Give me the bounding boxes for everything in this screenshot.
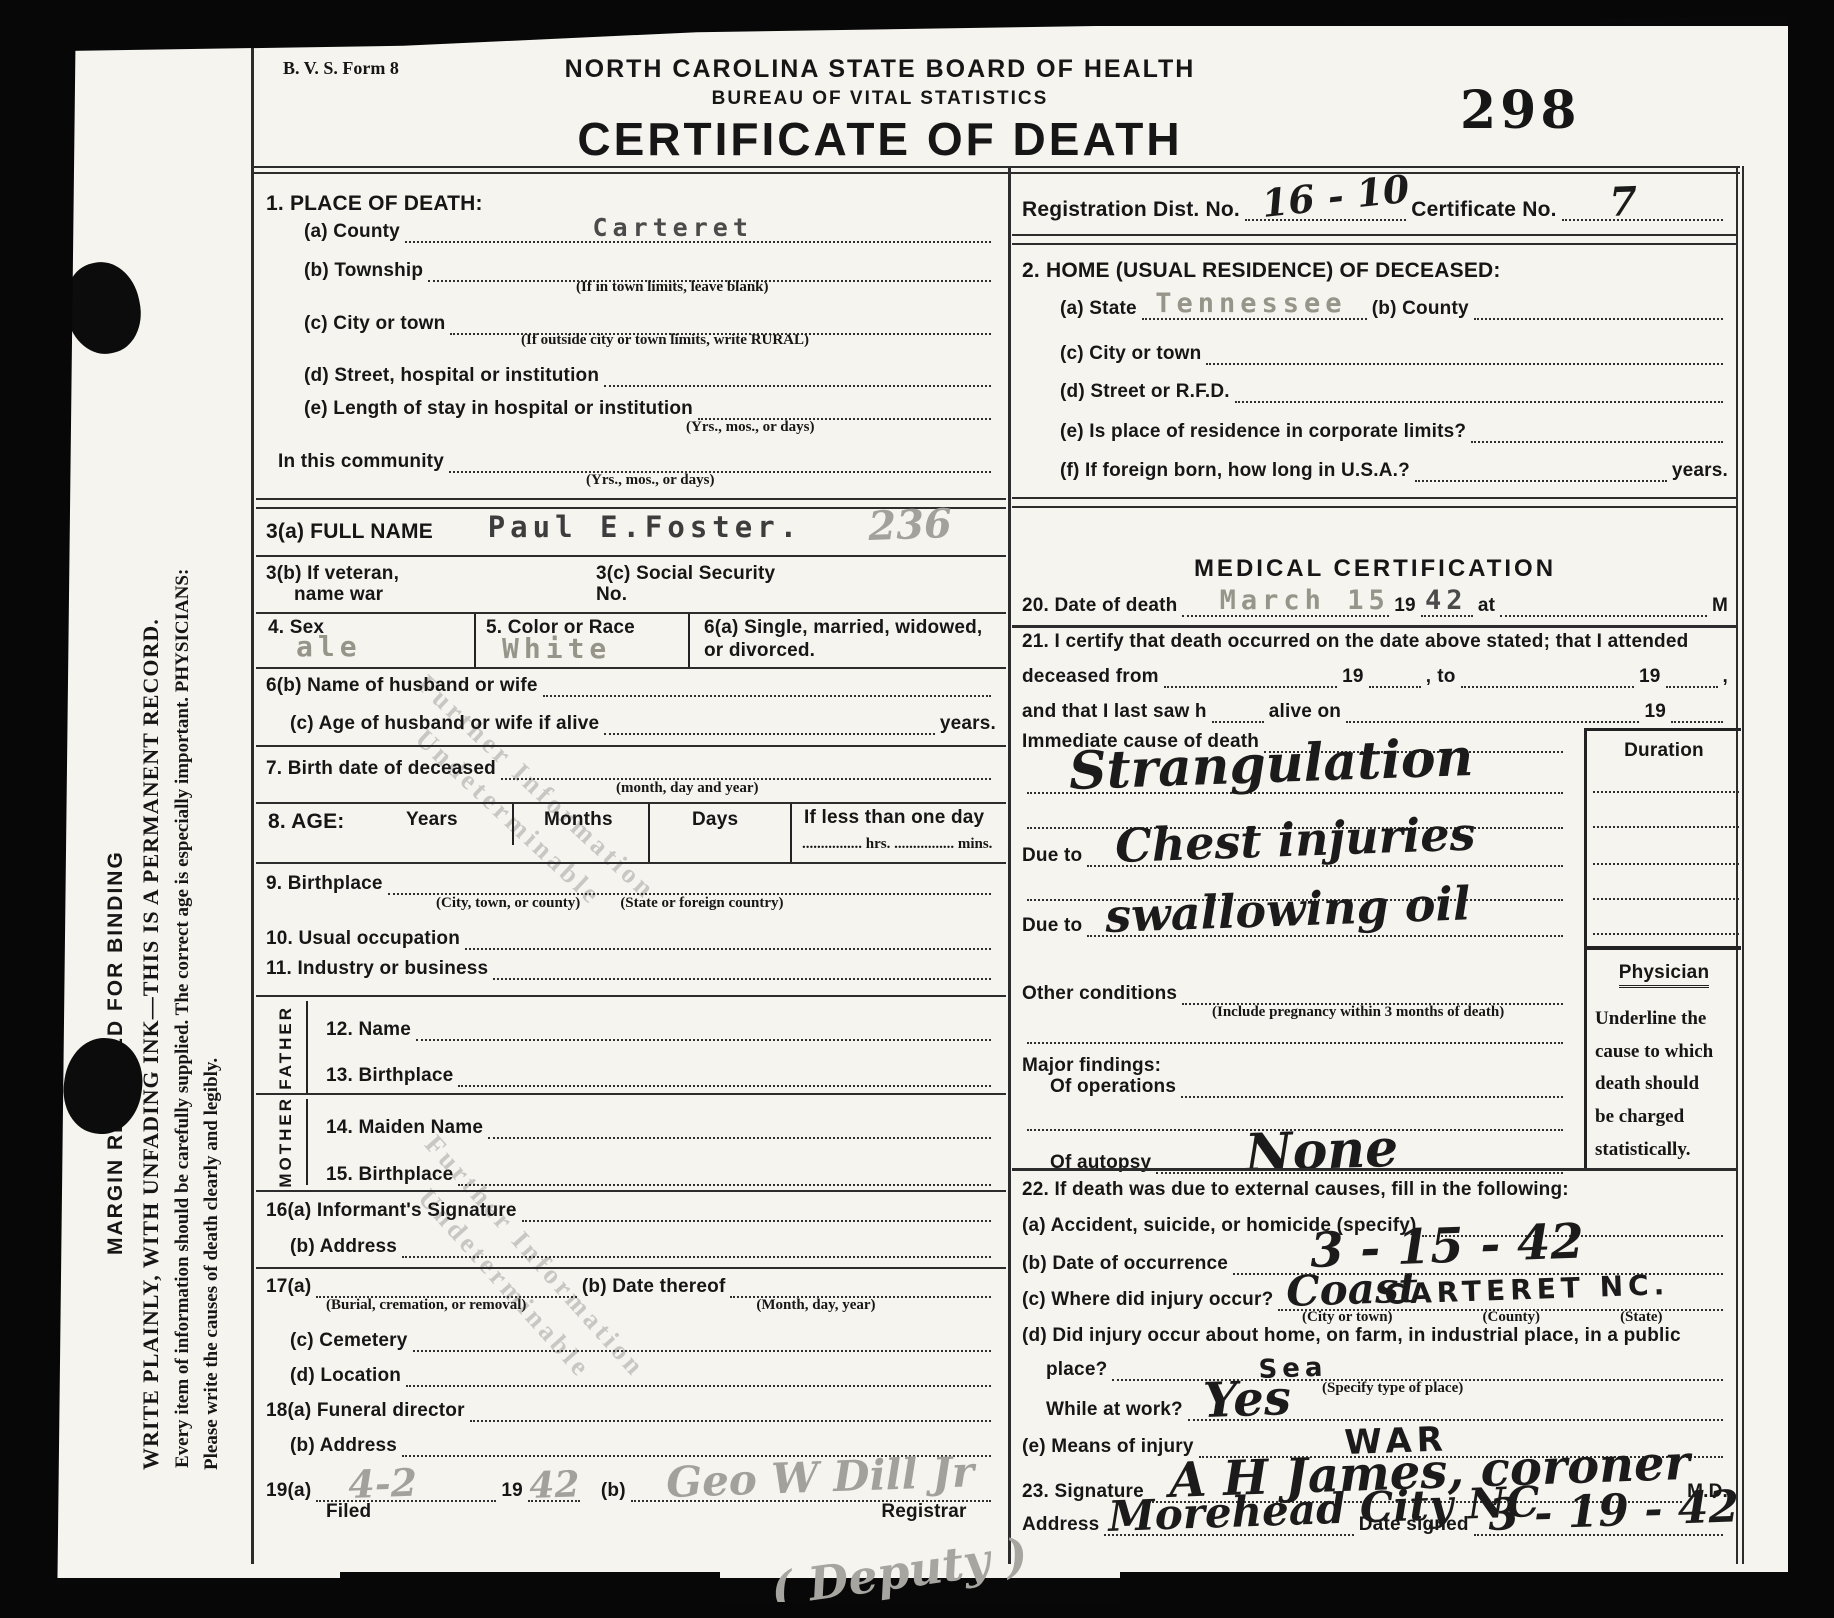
dotted-line: 3 - 19 - 42 bbox=[1474, 1532, 1723, 1536]
where-value-caps: CARTERET NC. bbox=[1384, 1271, 1670, 1309]
filed-registrar-labels: Filed Registrar bbox=[266, 1502, 996, 1523]
husband-row: 6(b) Name of husband or wife bbox=[266, 676, 996, 697]
dotted-line bbox=[1593, 933, 1739, 935]
death-year-value: 42 bbox=[1425, 587, 1468, 614]
dotted-line bbox=[604, 731, 935, 735]
community-hint: (Yrs., mos., or days) bbox=[266, 472, 996, 489]
serial-number: 298 bbox=[1460, 80, 1581, 141]
due-to-row-1: Due to Chest injuries bbox=[1022, 846, 1568, 867]
county-row: (a) County Carteret bbox=[266, 222, 996, 243]
section-rule bbox=[256, 1190, 1006, 1192]
dotted-line bbox=[1369, 684, 1421, 688]
scan-edge-right bbox=[1788, 0, 1834, 1618]
row-rule bbox=[256, 1267, 1006, 1269]
immediate-cause-value: Strangulation bbox=[1068, 732, 1474, 798]
filed-row: 19(a) 4-2 19 42 (b) Geo W Dill Jr bbox=[266, 1481, 996, 1502]
dotted-line bbox=[1235, 399, 1723, 403]
signer-address-value: Morehead City NC bbox=[1108, 1481, 1541, 1538]
dotted-line bbox=[1346, 719, 1639, 723]
home-street-row: (d) Street or R.F.D. bbox=[1022, 382, 1728, 403]
dotted-line bbox=[1593, 826, 1739, 828]
last-saw-row: and that I last saw h alive on 19 bbox=[1022, 702, 1728, 723]
section-rule bbox=[1012, 234, 1738, 245]
county-value: Carteret bbox=[592, 215, 752, 240]
filed-year-pencil: 42 bbox=[529, 1466, 580, 1504]
hrs-label: hrs. bbox=[866, 836, 891, 852]
duration-label: Duration bbox=[1587, 741, 1741, 762]
board-title: NORTH CAROLINA STATE BOARD OF HEALTH bbox=[560, 55, 1200, 84]
section-rule bbox=[1012, 1168, 1738, 1171]
dotted-line bbox=[1181, 1094, 1563, 1098]
marital-cell: 6(a) Single, married, widowed, or divorc… bbox=[690, 614, 1006, 667]
column-divider bbox=[1008, 166, 1011, 1564]
margin-physicians-note: Every item of information should be care… bbox=[172, 58, 194, 1468]
stay-row: (e) Length of stay in hospital or instit… bbox=[266, 399, 996, 420]
date-signed-value: 3 - 19 - 42 bbox=[1487, 1485, 1739, 1538]
sex-cell: 4. Sex ale bbox=[256, 614, 476, 667]
dotted-line bbox=[522, 1218, 991, 1222]
dotted-line: swallowing oil bbox=[1087, 933, 1563, 937]
registration-row: Registration Dist. No. 16 - 10 Certifica… bbox=[1022, 198, 1728, 221]
scan-edge bbox=[1120, 1572, 1834, 1618]
work-value: Yes bbox=[1202, 1374, 1291, 1425]
dotted-line: Tennessee bbox=[1142, 316, 1367, 320]
dotted-line bbox=[1593, 791, 1739, 793]
external-causes-heading: 22. If death was due to external causes,… bbox=[1022, 1180, 1728, 1201]
full-name-value: Paul E.Foster. bbox=[488, 513, 802, 542]
dotted-line: Strangulation bbox=[1027, 790, 1563, 794]
dotted-line: March 15 bbox=[1182, 613, 1389, 617]
dotted-line bbox=[458, 1182, 991, 1186]
right-column: Registration Dist. No. 16 - 10 Certifica… bbox=[1012, 168, 1738, 1572]
dotted-line bbox=[1593, 863, 1739, 865]
sex-value: ale bbox=[296, 633, 362, 661]
mother-vertical-label: MOTHER bbox=[266, 1099, 308, 1185]
where-injury-hints: (City or town) (County) (State) bbox=[1022, 1309, 1728, 1326]
date-of-death-value: March 15 bbox=[1220, 587, 1390, 614]
where-injury-row: (c) Where did injury occur? Coast CARTER… bbox=[1022, 1290, 1728, 1311]
home-state-county-row: (a) State Tennessee (b) County bbox=[1022, 299, 1728, 320]
father-name-row: 12. Name bbox=[326, 1020, 996, 1041]
dotted-line: 16 - 10 bbox=[1245, 217, 1406, 221]
scan-edge bbox=[720, 1602, 1120, 1618]
dotted-line bbox=[1027, 1040, 1563, 1044]
margin-binding-note: MARGIN RESERVED FOR BINDING bbox=[104, 455, 128, 1255]
dotted-line: Paul E.Foster. 236 bbox=[438, 541, 991, 543]
place-of-death-heading: 1. PLACE OF DEATH: bbox=[266, 192, 996, 215]
dotted-line bbox=[488, 1135, 991, 1139]
city-hint: (If outside city or town limits, write R… bbox=[266, 332, 996, 349]
certificate-number: 7 bbox=[1609, 182, 1638, 223]
dotted-line: Morehead City NC bbox=[1104, 1532, 1353, 1536]
autopsy-value: None bbox=[1244, 1123, 1399, 1180]
home-foreign-row: (f) If foreign born, how long in U.S.A.?… bbox=[1022, 461, 1728, 482]
race-value: White bbox=[502, 635, 611, 663]
informant-address-row: (b) Address bbox=[266, 1237, 996, 1258]
home-corporate-row: (e) Is place of residence in corporate l… bbox=[1022, 422, 1728, 443]
filed-day-pencil: 4-2 bbox=[347, 1464, 417, 1504]
race-cell: 5. Color or Race White bbox=[476, 614, 690, 667]
due-to-row-2: Due to swallowing oil bbox=[1022, 916, 1568, 937]
home-heading: 2. HOME (USUAL RESIDENCE) OF DECEASED: bbox=[1022, 259, 1728, 282]
dotted-line bbox=[413, 1348, 991, 1352]
full-name-row: 3(a) FULL NAME Paul E.Foster. 236 bbox=[266, 520, 996, 543]
township-hint: (If in town limits, leave blank) bbox=[266, 279, 996, 296]
registrar-signature-pencil: Geo W Dill Jr bbox=[665, 1451, 974, 1504]
dotted-line bbox=[1593, 898, 1739, 900]
district-number: 16 - 10 bbox=[1260, 170, 1411, 223]
form-left-border bbox=[251, 44, 254, 1564]
bureau-title: BUREAU OF VITAL STATISTICS bbox=[560, 88, 1200, 110]
funeral-director-row: 18(a) Funeral director bbox=[266, 1401, 996, 1422]
margin-legibility-note: Please write the causes of death clearly… bbox=[201, 690, 223, 1470]
section-rule bbox=[256, 995, 1006, 997]
form-right-border bbox=[1742, 166, 1744, 1564]
due-to-1-value: Chest injuries bbox=[1114, 810, 1476, 869]
certify-line: 21. I certify that death occurred on the… bbox=[1022, 632, 1728, 653]
row-rule bbox=[256, 745, 1006, 747]
row-rule bbox=[256, 1093, 1006, 1095]
birthdate-row: 7. Birth date of deceased bbox=[266, 759, 996, 780]
dotted-line: 7 bbox=[1562, 217, 1723, 221]
birthdate-hint: (month, day and year) bbox=[266, 780, 996, 797]
physician-note: Underline the cause to which death shoul… bbox=[1595, 1003, 1737, 1166]
mins-label: mins. bbox=[958, 836, 993, 852]
dotted-line bbox=[604, 383, 991, 387]
signer-address-row: Address Morehead City NC Date signed 3 -… bbox=[1022, 1515, 1728, 1536]
row-rule bbox=[256, 667, 1006, 669]
physician-label: Physician bbox=[1619, 962, 1710, 988]
dotted-line bbox=[1206, 361, 1723, 365]
certificate-title: CERTIFICATE OF DEATH bbox=[480, 112, 1280, 166]
place-row: place? Sea bbox=[1022, 1360, 1728, 1381]
other-conditions-hint: (Include pregnancy within 3 months of de… bbox=[1022, 1004, 1568, 1021]
major-findings-row: Major findings:Of operations bbox=[1022, 1056, 1568, 1098]
dotted-line bbox=[1500, 613, 1707, 617]
dotted-line bbox=[470, 1418, 991, 1422]
stay-hint: (Yrs., mos., or days) bbox=[266, 419, 996, 436]
dotted-line: 42 bbox=[1421, 613, 1473, 617]
place-hint: (Specify type of place) bbox=[1022, 1380, 1728, 1397]
dotted-line bbox=[543, 693, 991, 697]
community-row: In this community bbox=[266, 452, 996, 473]
home-state-value: Tennessee bbox=[1155, 290, 1346, 317]
home-city-row: (c) City or town bbox=[1022, 344, 1728, 365]
age-days-cell: Days bbox=[650, 804, 792, 862]
burial-hints: (Burial, cremation, or removal) (Month, … bbox=[266, 1297, 996, 1314]
solid-rule bbox=[1587, 946, 1741, 950]
while-at-work-row: While at work? Yes bbox=[1022, 1400, 1728, 1421]
section-rule bbox=[1012, 497, 1738, 508]
ssn-label2: No. bbox=[596, 584, 627, 605]
dotted-line bbox=[1471, 439, 1723, 443]
did-injury-row: (d) Did injury occur about home, on farm… bbox=[1022, 1326, 1728, 1347]
dotted-line: Yes bbox=[1188, 1417, 1723, 1421]
duration-physician-box: Duration Physician Underline the cause t… bbox=[1584, 728, 1741, 1171]
dotted-line: Chest injuries bbox=[1087, 863, 1563, 867]
of-operations-label: Of operations bbox=[1050, 1076, 1176, 1097]
row-rule bbox=[1012, 625, 1738, 628]
father-birthplace-row: 13. Birthplace bbox=[326, 1066, 996, 1087]
dotted-line bbox=[1671, 719, 1723, 723]
dotted-line bbox=[1461, 684, 1634, 688]
medical-certification-heading: MEDICAL CERTIFICATION bbox=[1022, 556, 1728, 582]
date-of-death-row: 20. Date of death March 15 19 42 at M bbox=[1022, 596, 1728, 617]
dotted-line bbox=[406, 1383, 991, 1387]
veteran-label: 3(b) If veteran, bbox=[266, 563, 399, 584]
street-row: (d) Street, hospital or institution bbox=[266, 366, 996, 387]
other-conditions-row: Other conditions bbox=[1022, 984, 1568, 1005]
informant-signature-row: 16(a) Informant's Signature bbox=[266, 1201, 996, 1222]
attended-from-row: deceased from 19 , to 19 , bbox=[1022, 667, 1728, 688]
dotted-line bbox=[1164, 684, 1337, 688]
dotted-line bbox=[465, 946, 991, 950]
form-number: B. V. S. Form 8 bbox=[283, 58, 399, 79]
veteran-ssn-row: 3(b) If veteran,name war 3(c) Social Sec… bbox=[266, 564, 996, 606]
dotted-line bbox=[1474, 316, 1723, 320]
row-rule bbox=[256, 555, 1006, 557]
father-vertical-label: FATHER bbox=[266, 1001, 308, 1093]
occupation-row: 10. Usual occupation bbox=[266, 929, 996, 950]
dotted-line bbox=[1666, 684, 1718, 688]
margin-permanent-record-note: WRITE PLAINLY, WITH UNFADING INK—THIS IS… bbox=[138, 70, 164, 1470]
industry-row: 11. Industry or business bbox=[266, 959, 996, 980]
major-findings-label: Major findings: bbox=[1022, 1055, 1161, 1076]
pencil-page-number: 236 bbox=[868, 504, 953, 547]
dotted-line bbox=[493, 976, 991, 980]
veteran-label2: name war bbox=[294, 584, 383, 605]
scanned-death-certificate: MARGIN RESERVED FOR BINDING WRITE PLAINL… bbox=[0, 0, 1834, 1618]
dotted-line: Carteret bbox=[405, 239, 991, 243]
dotted-line bbox=[416, 1037, 991, 1041]
sex-race-marital-row: 4. Sex ale 5. Color or Race White 6(a) S… bbox=[256, 614, 1006, 667]
dotted-line bbox=[1415, 478, 1667, 482]
due-to-2-value: swallowing oil bbox=[1105, 880, 1472, 939]
scan-edge bbox=[340, 1572, 720, 1618]
dotted-line bbox=[458, 1083, 991, 1087]
dotted-line bbox=[1212, 719, 1264, 723]
burial-row: 17(a) (b) Date thereof bbox=[266, 1277, 996, 1298]
age-less-cell: If less than one day ................ hr… bbox=[792, 804, 1006, 862]
ssn-label: 3(c) Social Security bbox=[596, 563, 775, 584]
